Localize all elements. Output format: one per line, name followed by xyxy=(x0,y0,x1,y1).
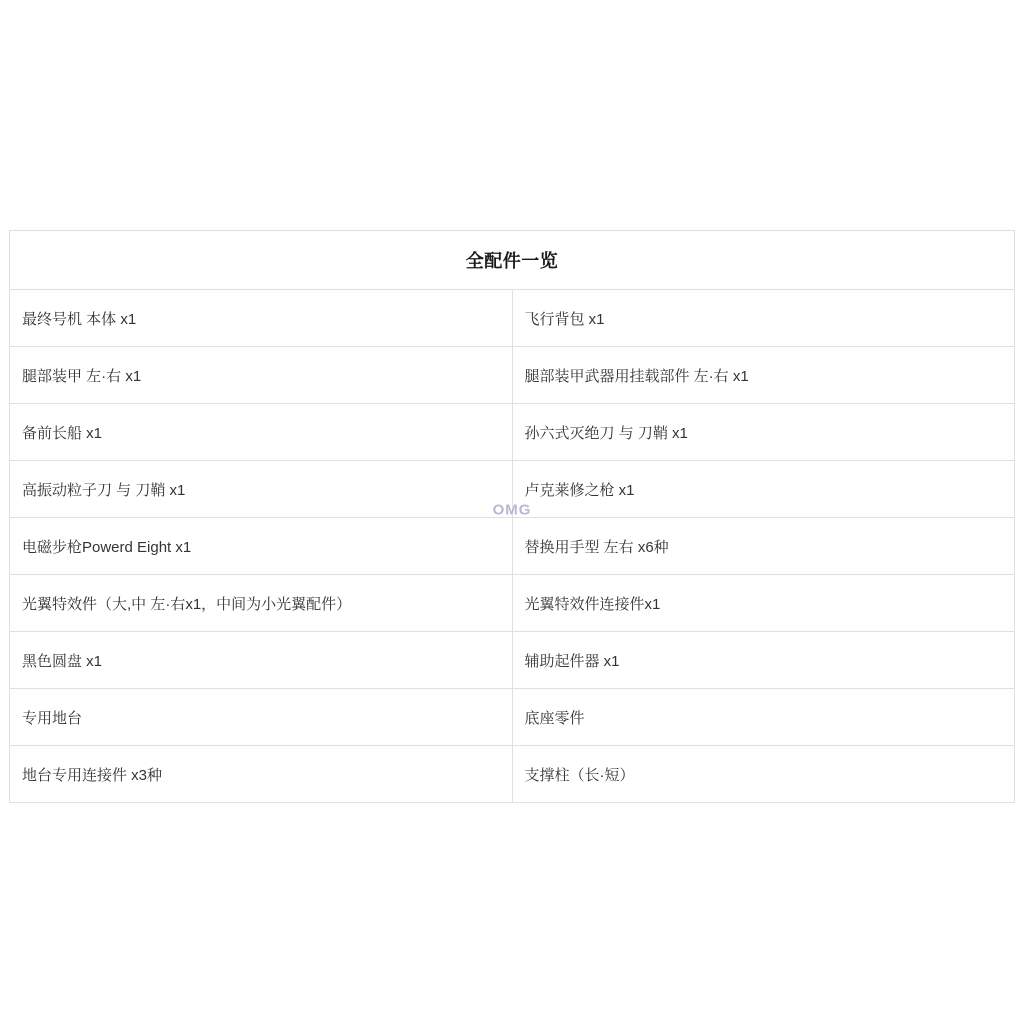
page: 全配件一览 最终号机 本体 x1 飞行背包 x1 腿部装甲 左·右 x1 腿部装… xyxy=(0,0,1024,1024)
table-cell-right: 辅助起件器 x1 xyxy=(512,632,1015,689)
table-cell-right: 支撑柱（长·短） xyxy=(512,746,1015,803)
table-cell-left: 高振动粒子刀 与 刀鞘 x1 xyxy=(10,461,513,518)
table-row: 最终号机 本体 x1 飞行背包 x1 xyxy=(10,290,1015,347)
accessories-table: 全配件一览 最终号机 本体 x1 飞行背包 x1 腿部装甲 左·右 x1 腿部装… xyxy=(9,230,1015,803)
table-row: 高振动粒子刀 与 刀鞘 x1 卢克莱修之枪 x1 xyxy=(10,461,1015,518)
table-cell-right: 腿部装甲武器用挂载部件 左·右 x1 xyxy=(512,347,1015,404)
table-cell-right: 孙六式灭绝刀 与 刀鞘 x1 xyxy=(512,404,1015,461)
table-row: 黑色圆盘 x1 辅助起件器 x1 xyxy=(10,632,1015,689)
table-cell-left: 电磁步枪Powerd Eight x1 xyxy=(10,518,513,575)
table-header-row: 全配件一览 xyxy=(10,231,1015,290)
table-row: 专用地台 底座零件 xyxy=(10,689,1015,746)
table-cell-right: 替换用手型 左右 x6种 xyxy=(512,518,1015,575)
table-cell-left: 专用地台 xyxy=(10,689,513,746)
table-cell-left: 光翼特效件（大,中 左·右x1，中间为小光翼配件） xyxy=(10,575,513,632)
table-row: 地台专用连接件 x3种 支撑柱（长·短） xyxy=(10,746,1015,803)
table-cell-right: 光翼特效件连接件x1 xyxy=(512,575,1015,632)
table-cell-left: 地台专用连接件 x3种 xyxy=(10,746,513,803)
table-cell-left: 黑色圆盘 x1 xyxy=(10,632,513,689)
table-cell-right: 底座零件 xyxy=(512,689,1015,746)
table-cell-left: 腿部装甲 左·右 x1 xyxy=(10,347,513,404)
table-row: 腿部装甲 左·右 x1 腿部装甲武器用挂载部件 左·右 x1 xyxy=(10,347,1015,404)
table-cell-left: 最终号机 本体 x1 xyxy=(10,290,513,347)
table-cell-right: 飞行背包 x1 xyxy=(512,290,1015,347)
table-row: 备前长船 x1 孙六式灭绝刀 与 刀鞘 x1 xyxy=(10,404,1015,461)
table-row: 电磁步枪Powerd Eight x1 替换用手型 左右 x6种 xyxy=(10,518,1015,575)
table-title: 全配件一览 xyxy=(10,231,1015,290)
table-cell-right: 卢克莱修之枪 x1 xyxy=(512,461,1015,518)
table-row: 光翼特效件（大,中 左·右x1，中间为小光翼配件） 光翼特效件连接件x1 xyxy=(10,575,1015,632)
table-cell-left: 备前长船 x1 xyxy=(10,404,513,461)
